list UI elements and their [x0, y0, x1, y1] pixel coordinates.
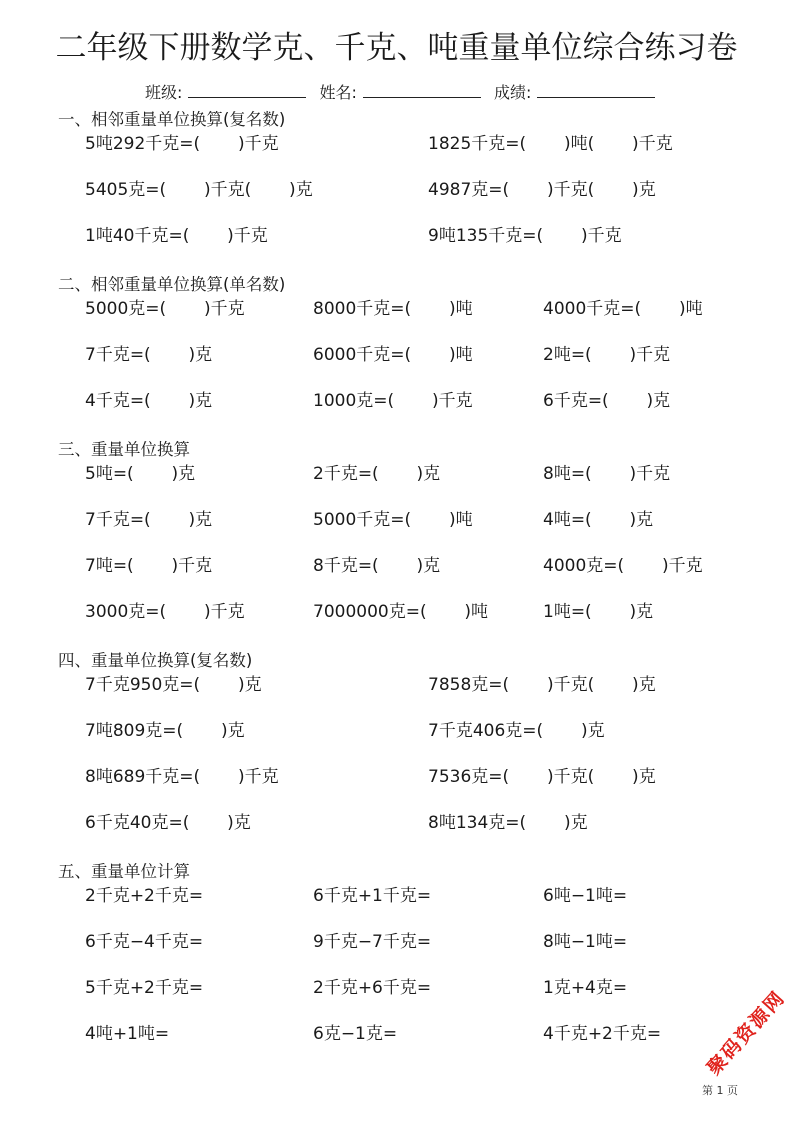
problem: 6000千克=( )吨: [313, 343, 473, 367]
problem-row: 7吨=( )千克 8千克=( )克 4000克=( )千克: [58, 554, 758, 600]
problem: 4000克=( )千克: [543, 554, 703, 578]
class-field[interactable]: [188, 83, 306, 98]
problem: 8吨−1吨=: [543, 930, 627, 954]
problem: 1克+4克=: [543, 976, 627, 1000]
problem: 4千克=( )克: [85, 389, 212, 413]
problem: 5000克=( )千克: [85, 297, 245, 321]
problem-row: 7千克=( )克 5000千克=( )吨 4吨=( )克: [58, 508, 758, 554]
section-title: 五、重量单位计算: [58, 860, 758, 884]
problem: 7吨=( )千克: [85, 554, 212, 578]
student-info: 班级: 姓名: 成绩:: [145, 80, 663, 103]
problem: 5000千克=( )吨: [313, 508, 473, 532]
problem-row: 3000克=( )千克 7000000克=( )吨 1吨=( )克: [58, 600, 758, 646]
problem: 6千克40克=( )克: [85, 811, 251, 835]
section-3: 三、重量单位换算 5吨=( )克 2千克=( )克 8吨=( )千克 7千克=(…: [58, 438, 758, 646]
section-1: 一、相邻重量单位换算(复名数) 5吨292千克=( )千克 1825千克=( )…: [58, 108, 758, 270]
problem-row: 8吨689千克=( )千克 7536克=( )千克( )克: [58, 765, 758, 811]
section-2: 二、相邻重量单位换算(单名数) 5000克=( )千克 8000千克=( )吨 …: [58, 273, 758, 435]
problem: 7858克=( )千克( )克: [428, 673, 656, 697]
problem-row: 7千克950克=( )克 7858克=( )千克( )克: [58, 673, 758, 719]
problem-row: 1吨40千克=( )千克 9吨135千克=( )千克: [58, 224, 758, 270]
section-title: 二、相邻重量单位换算(单名数): [58, 273, 758, 297]
problem-row: 5吨=( )克 2千克=( )克 8吨=( )千克: [58, 462, 758, 508]
problem-row: 5吨292千克=( )千克 1825千克=( )吨( )千克: [58, 132, 758, 178]
problem: 6千克+1千克=: [313, 884, 431, 908]
problem-row: 6千克−4千克= 9千克−7千克= 8吨−1吨=: [58, 930, 758, 976]
problem: 8吨689千克=( )千克: [85, 765, 279, 789]
score-label: 成绩:: [494, 83, 531, 102]
problem: 8000千克=( )吨: [313, 297, 473, 321]
name-field[interactable]: [363, 83, 481, 98]
problem: 7千克406克=( )克: [428, 719, 605, 743]
section-title: 一、相邻重量单位换算(复名数): [58, 108, 758, 132]
problem: 1000克=( )千克: [313, 389, 473, 413]
name-label: 姓名:: [320, 83, 357, 102]
problem-row: 4吨+1吨= 6克−1克= 4千克+2千克=: [58, 1022, 758, 1068]
problem: 7千克=( )克: [85, 343, 212, 367]
problem: 7吨809克=( )克: [85, 719, 245, 743]
problem: 4吨+1吨=: [85, 1022, 169, 1046]
section-5: 五、重量单位计算 2千克+2千克= 6千克+1千克= 6吨−1吨= 6千克−4千…: [58, 860, 758, 1068]
problem-row: 5千克+2千克= 2千克+6千克= 1克+4克=: [58, 976, 758, 1022]
problem: 1吨=( )克: [543, 600, 653, 624]
problem: 4吨=( )克: [543, 508, 653, 532]
class-label: 班级:: [145, 83, 182, 102]
page-title: 二年级下册数学克、千克、吨重量单位综合练习卷: [0, 22, 793, 67]
problem: 2千克+2千克=: [85, 884, 203, 908]
problem: 7千克950克=( )克: [85, 673, 262, 697]
problem: 3000克=( )千克: [85, 600, 245, 624]
section-title: 四、重量单位换算(复名数): [58, 649, 758, 673]
problem-row: 4千克=( )克 1000克=( )千克 6千克=( )克: [58, 389, 758, 435]
problem: 6克−1克=: [313, 1022, 397, 1046]
problem: 9吨135千克=( )千克: [428, 224, 622, 248]
problem: 5405克=( )千克( )克: [85, 178, 313, 202]
problem: 4987克=( )千克( )克: [428, 178, 656, 202]
problem: 7536克=( )千克( )克: [428, 765, 656, 789]
problem: 2千克=( )克: [313, 462, 440, 486]
problem: 5吨292千克=( )千克: [85, 132, 279, 156]
problem-row: 6千克40克=( )克 8吨134克=( )克: [58, 811, 758, 857]
problem: 5吨=( )克: [85, 462, 195, 486]
problem: 5千克+2千克=: [85, 976, 203, 1000]
problem: 2吨=( )千克: [543, 343, 670, 367]
problem: 1吨40千克=( )千克: [85, 224, 268, 248]
problem: 2千克+6千克=: [313, 976, 431, 1000]
problem: 4千克+2千克=: [543, 1022, 661, 1046]
problem: 8千克=( )克: [313, 554, 440, 578]
section-title: 三、重量单位换算: [58, 438, 758, 462]
problem: 6吨−1吨=: [543, 884, 627, 908]
problem: 7千克=( )克: [85, 508, 212, 532]
page-number: 第 1 页: [702, 1082, 738, 1098]
problem: 6千克−4千克=: [85, 930, 203, 954]
problem: 8吨134克=( )克: [428, 811, 588, 835]
problem-row: 2千克+2千克= 6千克+1千克= 6吨−1吨=: [58, 884, 758, 930]
problem-row: 5000克=( )千克 8000千克=( )吨 4000千克=( )吨: [58, 297, 758, 343]
problem-row: 5405克=( )千克( )克 4987克=( )千克( )克: [58, 178, 758, 224]
problem-row: 7千克=( )克 6000千克=( )吨 2吨=( )千克: [58, 343, 758, 389]
problem: 1825千克=( )吨( )千克: [428, 132, 673, 156]
problem: 6千克=( )克: [543, 389, 670, 413]
problem: 4000千克=( )吨: [543, 297, 703, 321]
problem-row: 7吨809克=( )克 7千克406克=( )克: [58, 719, 758, 765]
score-field[interactable]: [537, 83, 655, 98]
problem: 8吨=( )千克: [543, 462, 670, 486]
problem: 9千克−7千克=: [313, 930, 431, 954]
section-4: 四、重量单位换算(复名数) 7千克950克=( )克 7858克=( )千克( …: [58, 649, 758, 857]
problem: 7000000克=( )吨: [313, 600, 488, 624]
